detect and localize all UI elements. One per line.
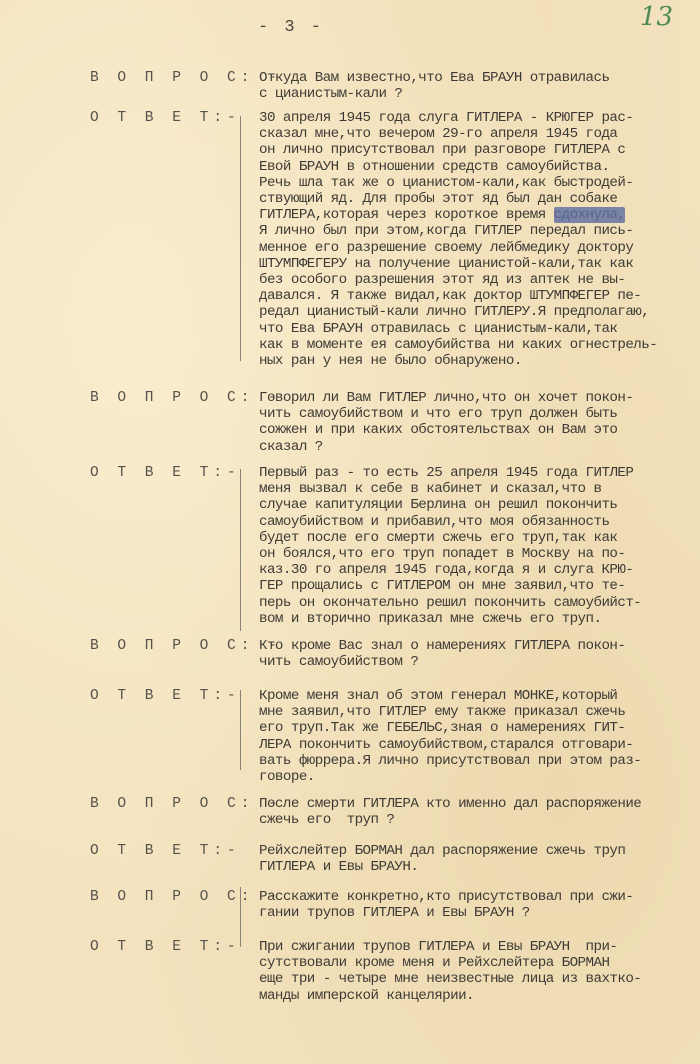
question-text: Кто кроме Вас знал о намерениях ГИТЛЕРА … bbox=[259, 638, 700, 670]
page-number: - 3 - bbox=[258, 18, 324, 37]
question-text: После смерти ГИТЛЕРА кто именно дал расп… bbox=[259, 796, 700, 828]
margin-bracket-line bbox=[240, 116, 241, 361]
answer-label: О Т В Е Т:- bbox=[90, 465, 241, 481]
question-text: Говорил ли Вам ГИТЛЕР лично,что он хочет… bbox=[259, 390, 700, 455]
archive-sheet-number: 13 bbox=[640, 2, 673, 32]
question-label: В О П Р О С: - bbox=[90, 638, 282, 654]
question-text: Откуда Вам известно,что Ева БРАУН отрави… bbox=[259, 70, 700, 102]
answer-text: 30 апреля 1945 года слуга ГИТЛЕРА - КРЮГ… bbox=[259, 110, 700, 369]
answer-label: О Т В Е Т:- bbox=[90, 843, 241, 859]
answer-label: О Т В Е Т:- bbox=[90, 688, 241, 704]
question-label: В О П Р О С: - bbox=[90, 796, 282, 812]
margin-bracket-line bbox=[240, 887, 241, 947]
answer-text: Первый раз - то есть 25 апреля 1945 года… bbox=[259, 465, 700, 627]
answer-text: Кроме меня знал об этом генерал МОНКЕ,ко… bbox=[259, 688, 700, 785]
question-text: Расскажите конкретно,кто присутствовал п… bbox=[259, 889, 700, 921]
typewritten-page: - 3 - 13 В О П Р О С: - Откуда Вам извес… bbox=[0, 0, 700, 1064]
answer-label: О Т В Е Т:- bbox=[90, 939, 241, 955]
answer-text: При сжигании трупов ГИТЛЕРА и Евы БРАУН … bbox=[259, 939, 700, 1004]
question-label: В О П Р О С: - bbox=[90, 70, 282, 86]
question-label: В О П Р О С: - bbox=[90, 889, 282, 905]
answer-text: Рейхслейтер БОРМАН дал распоряжение сжеч… bbox=[259, 843, 700, 875]
margin-bracket-line bbox=[240, 690, 241, 770]
answer-label: О Т В Е Т:- bbox=[90, 110, 241, 126]
question-label: В О П Р О С: - bbox=[90, 390, 282, 406]
margin-bracket-line bbox=[240, 469, 241, 631]
struck-out-word: сдохнула, bbox=[554, 207, 626, 223]
